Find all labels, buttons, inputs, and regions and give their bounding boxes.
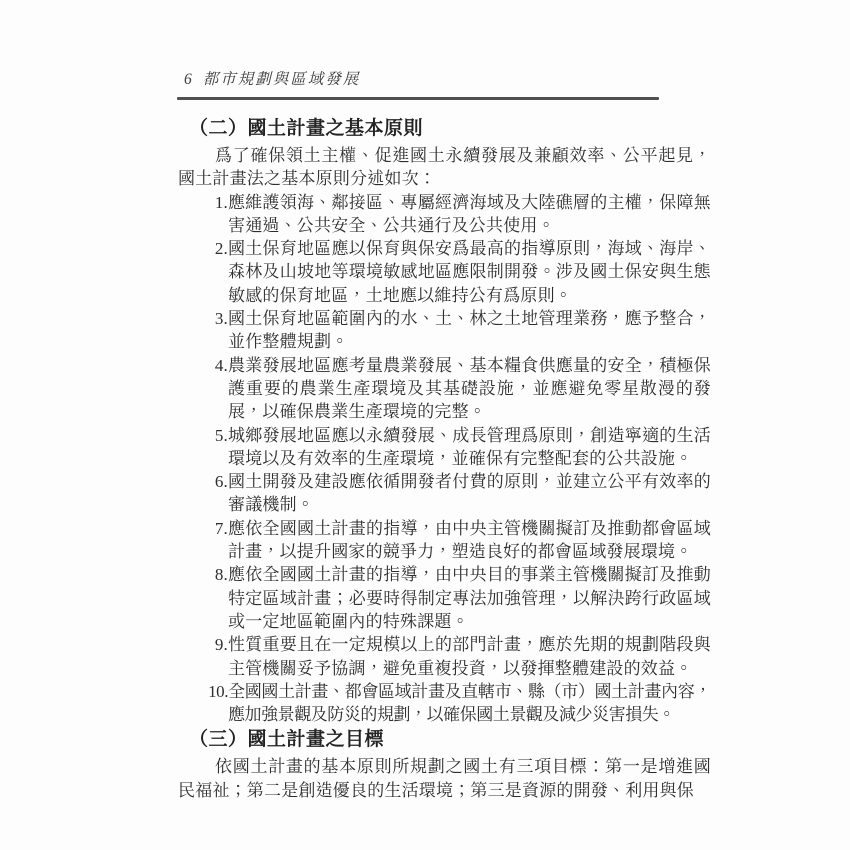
section-intro-paragraph: 爲了確保領土主權、促進國土永續發展及兼顧效率、公平起見，國土計畫法之基本原則分述… <box>178 144 711 191</box>
section-heading-basic-principles: （二）國土計畫之基本原則 <box>178 116 711 141</box>
page-content: （二）國土計畫之基本原則 爲了確保領土主權、促進國土永續發展及兼顧效率、公平起見… <box>178 116 711 802</box>
list-item-text: 農業發展地區應考量農業發展、基本糧食供應量的安全，積極保護重要的農業生產環境及其… <box>228 356 711 422</box>
list-item: 1.應維護領海、鄰接區、專屬經濟海域及大陸礁層的主權，保障無害通過、公共安全、公… <box>206 191 711 238</box>
book-page: 6都市規劃與區域發展 （二）國土計畫之基本原則 爲了確保領土主權、促進國土永續發… <box>0 0 850 850</box>
list-item: 8.應依全國國土計畫的指導，由中央目的事業主管機關擬訂及推動特定區域計畫；必要時… <box>206 563 711 633</box>
list-item-number: 2. <box>206 237 228 260</box>
header-rule <box>177 97 659 100</box>
running-title: 都市規劃與區域發展 <box>203 71 361 88</box>
list-item-text: 應依全國國土計畫的指導，由中央目的事業主管機關擬訂及推動特定區域計畫；必要時得制… <box>228 565 711 631</box>
list-item-number: 7. <box>206 517 228 540</box>
list-item: 4.農業發展地區應考量農業發展、基本糧食供應量的安全，積極保護重要的農業生產環境… <box>206 354 711 424</box>
goals-paragraph: 依國土計畫的基本原則所規劃之國土有三項目標：第一是增進國民福祉；第二是創造優良的… <box>178 755 711 802</box>
page-header: 6都市規劃與區域發展 <box>184 67 360 89</box>
list-item-text: 應依全國國土計畫的指導，由中央主管機關擬訂及推動都會區域計畫，以提升國家的競爭力… <box>228 519 711 561</box>
list-item-number: 5. <box>206 424 228 447</box>
list-item-number: 9. <box>206 633 228 656</box>
list-item: 6.國土開發及建設應依循開發者付費的原則，並建立公平有效率的審議機制。 <box>206 470 711 517</box>
list-item-number: 1. <box>206 191 228 214</box>
list-item-number: 8. <box>206 563 228 586</box>
list-item-number: 4. <box>206 354 228 377</box>
list-item: 3.國土保育地區範圍內的水、土、林之土地管理業務，應予整合，並作整體規劃。 <box>206 307 711 354</box>
list-item-text: 性質重要且在一定規模以上的部門計畫，應於先期的規劃階段與主管機關妥予協調，避免重… <box>228 635 711 677</box>
list-item-number: 6. <box>206 470 228 493</box>
list-item: 5.城鄉發展地區應以永續發展、成長管理爲原則，創造寧適的生活環境以及有效率的生產… <box>206 424 711 471</box>
list-item-text: 應維護領海、鄰接區、專屬經濟海域及大陸礁層的主權，保障無害通過、公共安全、公共通… <box>228 193 711 235</box>
list-item-text: 全國國土計畫、都會區域計畫及直轄市、縣（市）國土計畫內容，應加強景觀及防災的規劃… <box>228 682 711 724</box>
list-item-text: 國土保育地區應以保育與保安爲最高的指導原則，海域、海岸、森林及山坡地等環境敏感地… <box>228 239 711 305</box>
list-item: 7.應依全國國土計畫的指導，由中央主管機關擬訂及推動都會區域計畫，以提升國家的競… <box>206 517 711 564</box>
list-item: 2.國土保育地區應以保育與保安爲最高的指導原則，海域、海岸、森林及山坡地等環境敏… <box>206 237 711 307</box>
list-item-text: 國土開發及建設應依循開發者付費的原則，並建立公平有效率的審議機制。 <box>228 472 711 514</box>
list-item-text: 城鄉發展地區應以永續發展、成長管理爲原則，創造寧適的生活環境以及有效率的生產環境… <box>228 426 711 468</box>
section-heading-plan-goals: （三）國土計畫之目標 <box>178 727 711 752</box>
list-item-number: 3. <box>206 307 228 330</box>
page-number: 6 <box>184 71 194 88</box>
list-item: 9.性質重要且在一定規模以上的部門計畫，應於先期的規劃階段與主管機關妥予協調，避… <box>206 633 711 680</box>
list-item-text: 國土保育地區範圍內的水、土、林之土地管理業務，應予整合，並作整體規劃。 <box>228 309 711 351</box>
list-item-number: 10. <box>206 680 228 703</box>
principles-list: 1.應維護領海、鄰接區、專屬經濟海域及大陸礁層的主權，保障無害通過、公共安全、公… <box>178 191 711 727</box>
list-item: 10.全國國土計畫、都會區域計畫及直轄市、縣（市）國土計畫內容，應加強景觀及防災… <box>206 680 711 727</box>
